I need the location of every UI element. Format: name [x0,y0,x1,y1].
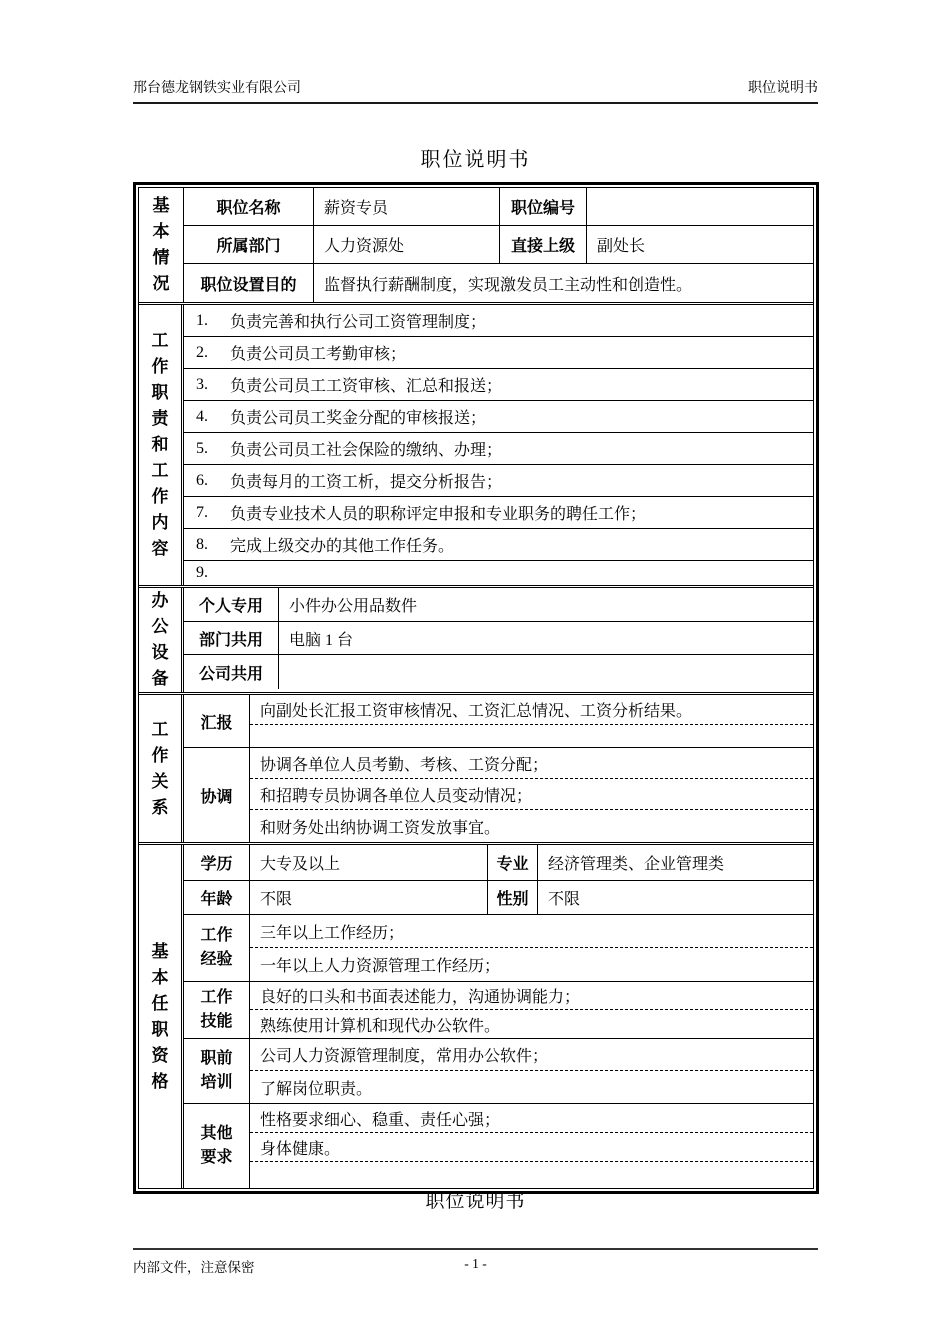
position-name-value: 薪资专员 [314,188,500,225]
duty-text: 负责公司员工考勤审核； [230,341,406,364]
document-page: 邢台德龙钢铁实业有限公司 职位说明书 职位说明书 基本情况 职位名称 薪资专员 … [0,0,950,1344]
education-value: 大专及以上 [250,845,488,880]
duty-item: 5. 负责公司员工社会保险的缴纳、办理； [184,433,813,465]
supervisor-label: 直接上级 [500,226,587,263]
section-label-text: 工作关系 [151,717,169,821]
footer-note: 内部文件，注意保密 [133,1260,255,1275]
age-label: 年龄 [184,881,250,914]
position-code-label: 职位编号 [500,188,587,225]
duty-number: 4. [196,408,230,426]
equipment-personal-value: 小件办公用品数件 [279,588,813,621]
section-label-text: 基本任职资格 [151,939,169,1095]
department-value: 人力资源处 [314,226,500,263]
duty-number: 9. [196,564,230,582]
row-age: 年龄 不限 性别 不限 [184,881,813,915]
experience-line: 一年以上人力资源管理工作经历； [250,948,813,981]
equipment-department-value: 电脑 1 台 [279,622,813,654]
row-other: 其他要求 性格要求细心、稳重、责任心强； 身体健康。 [184,1104,813,1188]
section-label-duties: 工作职责和工作内容 [139,305,184,585]
row-department: 所属部门 人力资源处 直接上级 副处长 [184,226,813,264]
page-header: 邢台德龙钢铁实业有限公司 职位说明书 [133,77,818,104]
coordination-line: 和招聘专员协调各单位人员变动情况； [250,779,813,810]
equipment-department-label: 部门共用 [184,622,279,654]
duty-number: 7. [196,504,230,522]
duty-text: 负责完善和执行公司工资管理制度； [230,309,486,332]
duty-text: 负责专业技术人员的职称评定申报和专业职务的聘任工作； [230,501,646,524]
duty-item: 2. 负责公司员工考勤审核； [184,337,813,369]
page-footer: 内部文件，注意保密 - 1 - [133,1248,818,1276]
section-duties: 工作职责和工作内容 1. 负责完善和执行公司工资管理制度； 2. 负责公司员工考… [139,302,813,585]
equipment-company-value [279,655,813,689]
equipment-row-personal: 个人专用 小件办公用品数件 [184,588,813,622]
row-training: 职前培训 公司人力资源管理制度，常用办公软件； 了解岗位职责。 [184,1039,813,1104]
gender-value: 不限 [538,881,813,914]
section-relations: 工作关系 汇报 向副处长汇报工资审核情况、工资汇总情况、工资分析结果。 协调 协… [139,692,813,842]
coordination-label: 协调 [184,748,250,842]
bottom-caption: 职位说明书 [133,1186,818,1213]
section-qualifications: 基本任职资格 学历 大专及以上 专业 经济管理类、企业管理类 年龄 不限 性别 … [139,842,813,1188]
row-skills: 工作技能 良好的口头和书面表述能力，沟通协调能力； 熟练使用计算机和现代办公软件… [184,982,813,1039]
section-label-text: 办公设备 [151,588,169,692]
duty-item: 9. [184,561,813,585]
duty-text: 负责公司员工社会保险的缴纳、办理； [230,437,502,460]
other-line: 身体健康。 [250,1133,813,1162]
duty-number: 2. [196,344,230,362]
section-label-equipment: 办公设备 [139,588,184,692]
major-label: 专业 [488,845,538,880]
section-label-text: 基本情况 [152,193,170,297]
report-line [250,725,813,747]
section-label-relations: 工作关系 [139,695,184,842]
duty-number: 1. [196,312,230,330]
duty-text: 负责公司员工工资审核、汇总和报送； [230,373,502,396]
gender-label: 性别 [488,881,538,914]
purpose-value: 监督执行薪酬制度，实现激发员工主动性和创造性。 [314,264,813,302]
skills-line: 熟练使用计算机和现代办公软件。 [250,1010,813,1038]
row-purpose: 职位设置目的 监督执行薪酬制度，实现激发员工主动性和创造性。 [184,264,813,302]
section-equipment: 办公设备 个人专用 小件办公用品数件 部门共用 电脑 1 台 公司共用 [139,585,813,692]
duty-text: 负责每月的工资工析，提交分析报告； [230,469,502,492]
duty-text: 负责公司员工奖金分配的审核报送； [230,405,486,428]
duty-item: 4. 负责公司员工奖金分配的审核报送； [184,401,813,433]
section-basic-info: 基本情况 职位名称 薪资专员 职位编号 所属部门 人力资源处 直接上级 副处长 … [139,188,813,302]
other-line [250,1162,813,1188]
relations-row-coordination: 协调 协调各单位人员考勤、考核、工资分配； 和招聘专员协调各单位人员变动情况； … [184,748,813,842]
duty-number: 8. [196,536,230,554]
position-code-value [587,188,813,225]
section-label-qualifications: 基本任职资格 [139,845,184,1188]
footer-page-number: - 1 - [464,1256,487,1272]
duty-number: 5. [196,440,230,458]
row-education: 学历 大专及以上 专业 经济管理类、企业管理类 [184,845,813,881]
duty-item: 3. 负责公司员工工资审核、汇总和报送； [184,369,813,401]
training-line: 了解岗位职责。 [250,1071,813,1103]
training-line: 公司人力资源管理制度，常用办公软件； [250,1039,813,1071]
major-value: 经济管理类、企业管理类 [538,845,813,880]
equipment-personal-label: 个人专用 [184,588,279,621]
experience-label: 工作经验 [184,915,250,981]
section-label-text: 工作职责和工作内容 [151,328,169,562]
report-line: 向副处长汇报工资审核情况、工资汇总情况、工资分析结果。 [250,695,813,725]
equipment-row-company: 公司共用 [184,655,813,689]
report-label: 汇报 [184,695,250,747]
experience-line: 三年以上工作经历； [250,915,813,948]
department-label: 所属部门 [184,226,314,263]
row-position-name: 职位名称 薪资专员 职位编号 [184,188,813,226]
header-doc-type: 职位说明书 [748,77,818,97]
training-label: 职前培训 [184,1039,250,1103]
purpose-label: 职位设置目的 [184,264,314,302]
section-label-basic-info: 基本情况 [139,188,184,302]
equipment-company-label: 公司共用 [184,655,279,689]
duty-number: 6. [196,472,230,490]
skills-label: 工作技能 [184,982,250,1038]
coordination-line: 和财务处出纳协调工资发放事宜。 [250,810,813,842]
duty-item: 6. 负责每月的工资工析，提交分析报告； [184,465,813,497]
equipment-row-department: 部门共用 电脑 1 台 [184,622,813,655]
row-experience: 工作经验 三年以上工作经历； 一年以上人力资源管理工作经历； [184,915,813,982]
header-company: 邢台德龙钢铁实业有限公司 [133,77,301,97]
other-line: 性格要求细心、稳重、责任心强； [250,1104,813,1133]
document-title: 职位说明书 [133,143,818,172]
duty-number: 3. [196,376,230,394]
duty-item: 1. 负责完善和执行公司工资管理制度； [184,305,813,337]
job-description-table: 基本情况 职位名称 薪资专员 职位编号 所属部门 人力资源处 直接上级 副处长 … [138,187,814,1189]
duty-item: 7. 负责专业技术人员的职称评定申报和专业职务的聘任工作； [184,497,813,529]
duty-item: 8. 完成上级交办的其他工作任务。 [184,529,813,561]
education-label: 学历 [184,845,250,880]
coordination-line: 协调各单位人员考勤、考核、工资分配； [250,748,813,779]
position-name-label: 职位名称 [184,188,314,225]
age-value: 不限 [250,881,488,914]
skills-line: 良好的口头和书面表述能力，沟通协调能力； [250,982,813,1010]
relations-row-report: 汇报 向副处长汇报工资审核情况、工资汇总情况、工资分析结果。 [184,695,813,748]
other-label: 其他要求 [184,1104,250,1188]
duty-text: 完成上级交办的其他工作任务。 [230,533,454,556]
supervisor-value: 副处长 [587,226,813,263]
